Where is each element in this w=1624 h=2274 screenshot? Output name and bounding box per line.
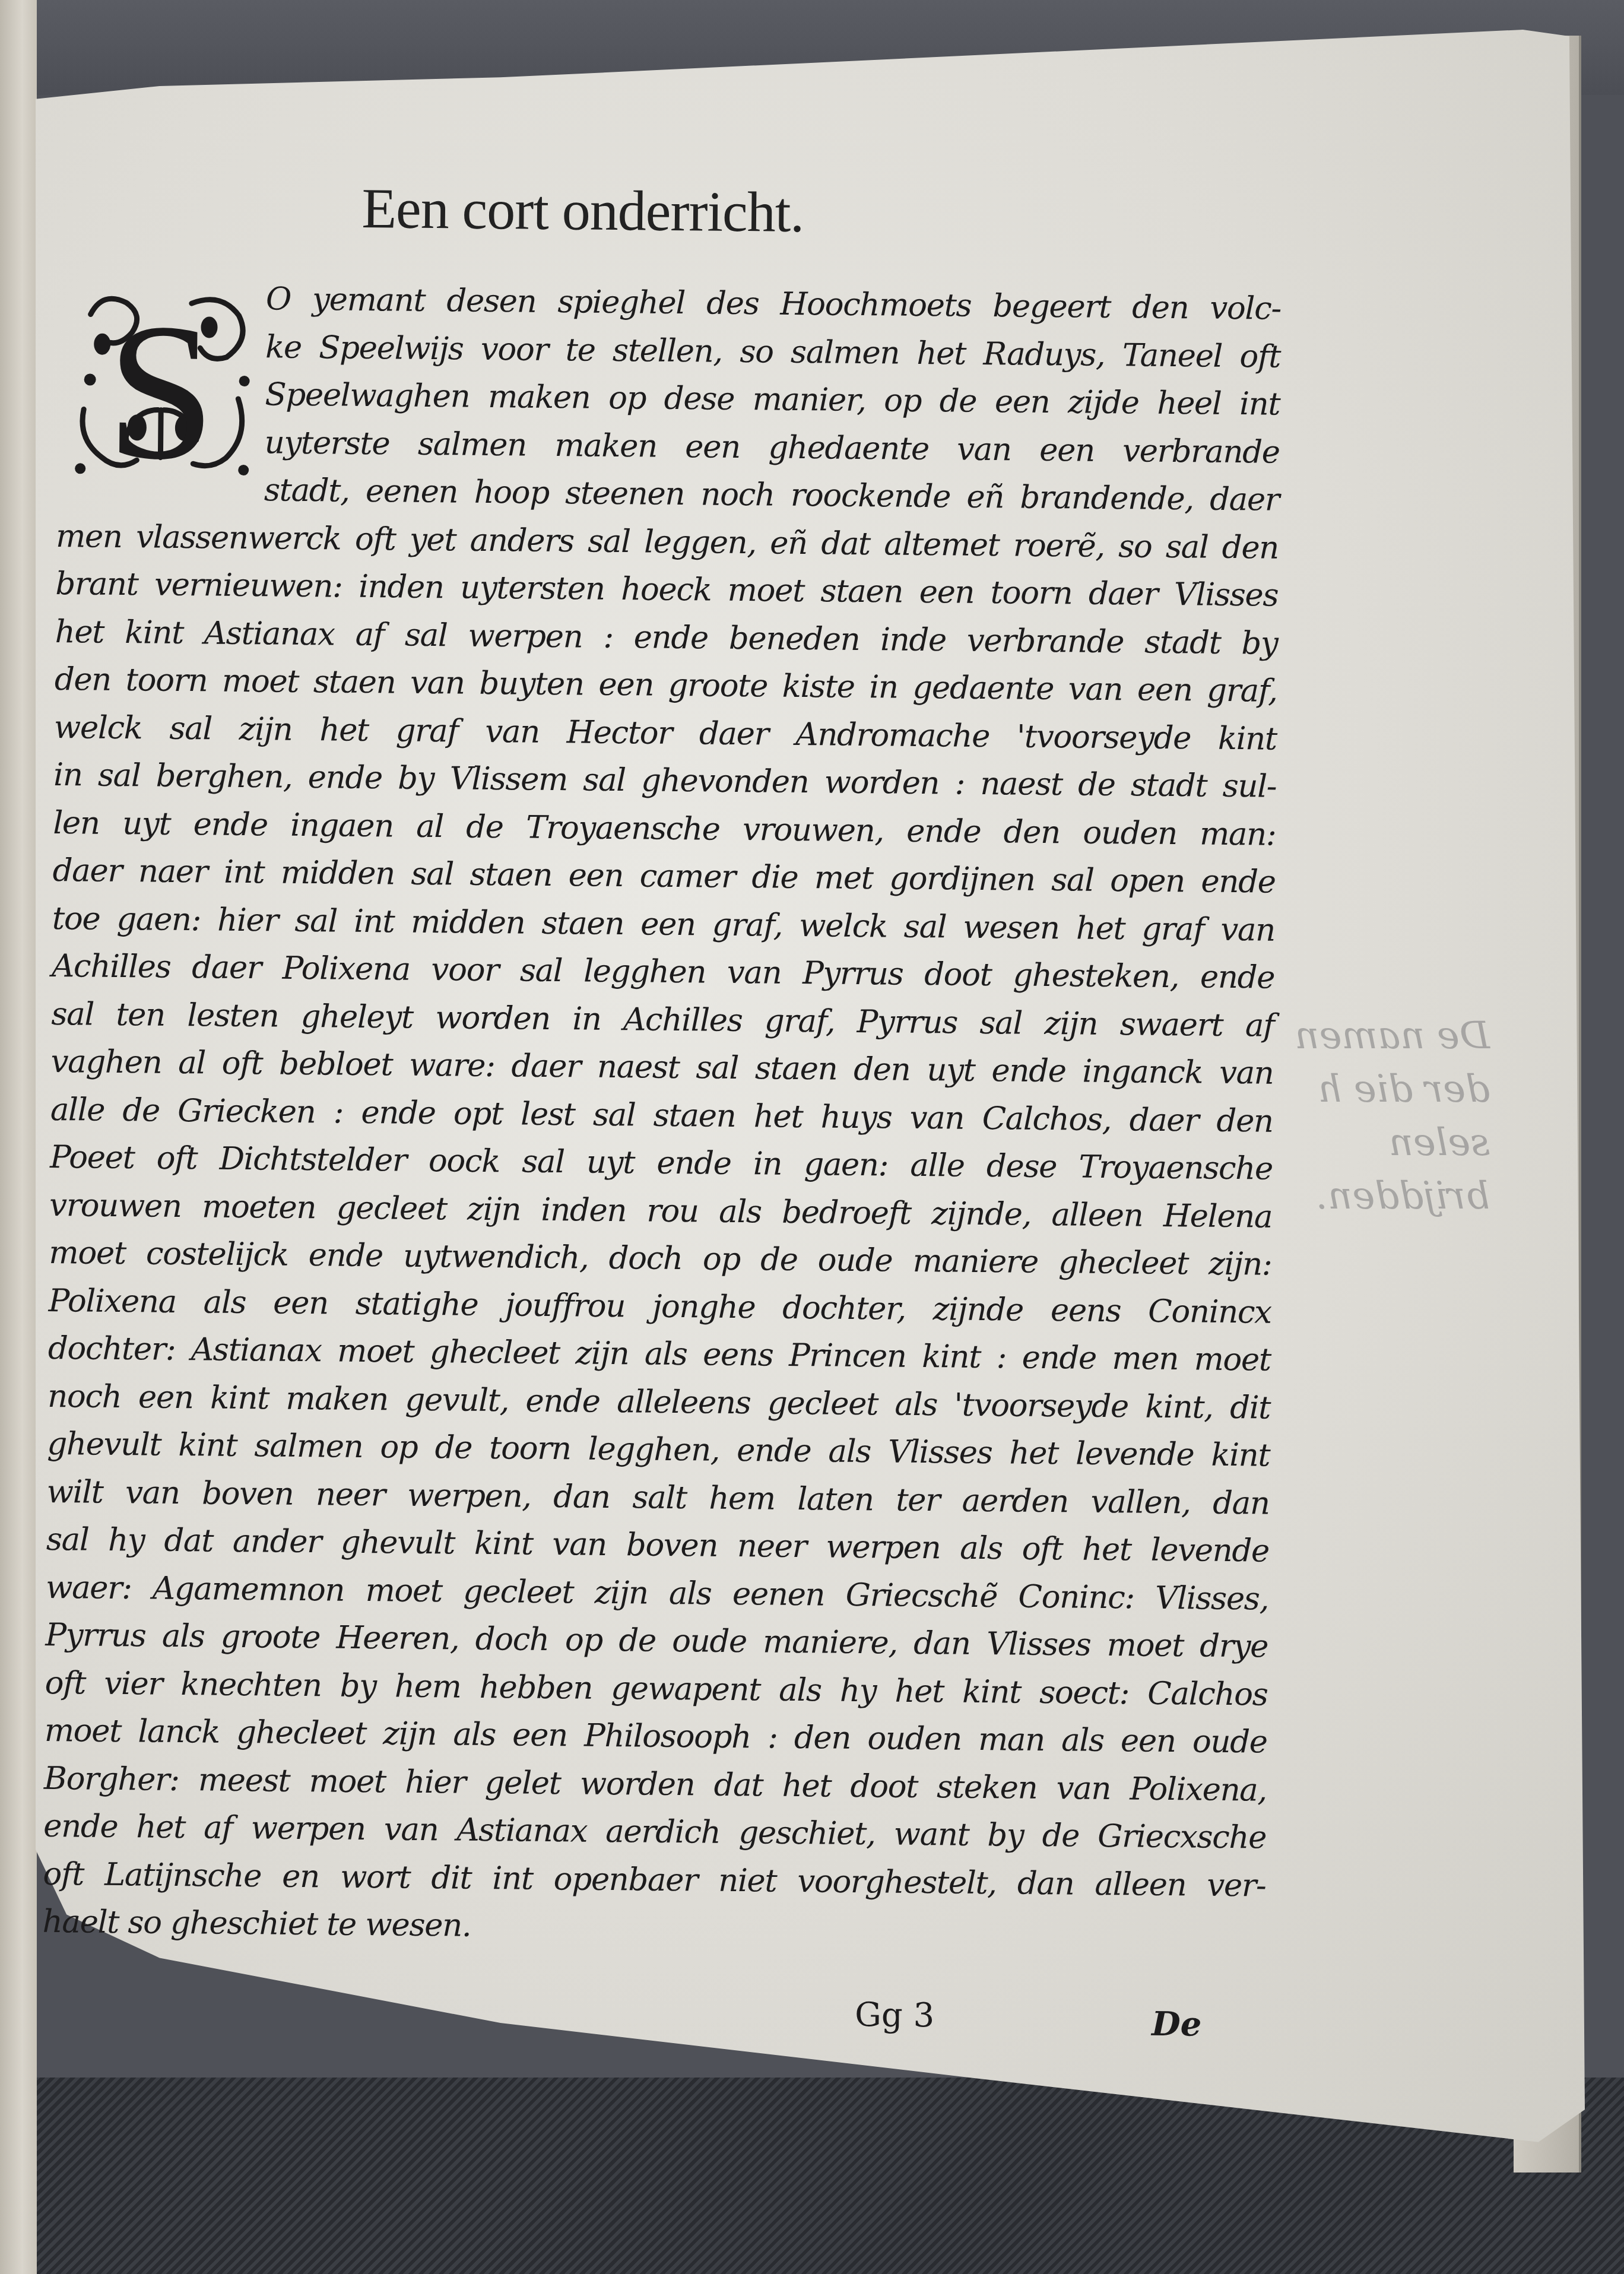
bleed-through-text: De namen der die h selen brijdden. bbox=[1294, 1009, 1490, 1235]
catchword: De bbox=[1152, 2004, 1202, 2044]
page-heading: Een cort onderricht. bbox=[361, 175, 1282, 250]
drop-cap-letter: S bbox=[106, 283, 217, 488]
left-facing-page-edge bbox=[0, 0, 37, 2274]
page-footer: Gg 3 De bbox=[42, 1987, 1265, 2053]
ornamental-drop-cap-icon: S bbox=[65, 278, 257, 488]
page-content: Een cort onderricht. bbox=[42, 172, 1282, 2053]
body-text: S O yemant desen spieghel des Hoochmoets… bbox=[42, 274, 1281, 1958]
signature-mark: Gg 3 bbox=[855, 1996, 935, 2035]
